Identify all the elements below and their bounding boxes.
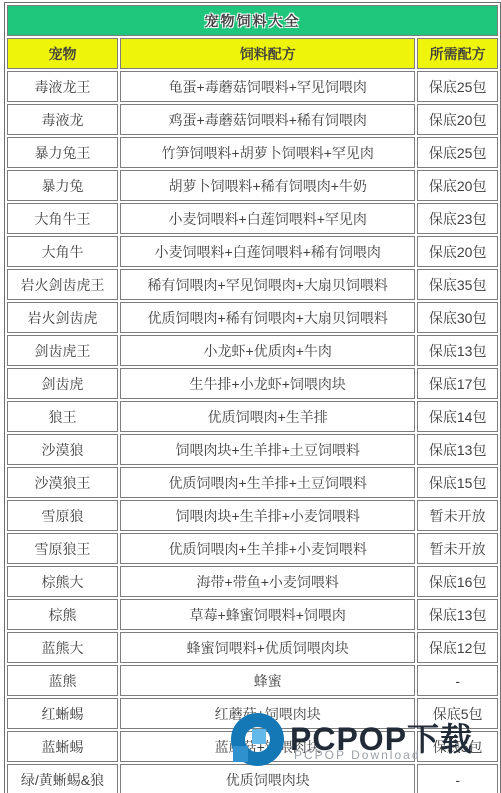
pet-name-cell: 沙漠狼 <box>7 434 118 465</box>
requirement-cell: 保底13包 <box>417 335 498 366</box>
recipe-cell: 稀有饲喂肉+罕见饲喂肉+大扇贝饲喂料 <box>120 269 415 300</box>
table-row: 沙漠狼 饲喂肉块+生羊排+土豆饲喂料 保底13包 <box>7 434 498 465</box>
requirement-cell: 保底16包 <box>417 566 498 597</box>
recipe-cell: 生牛排+小龙虾+饲喂肉块 <box>120 368 415 399</box>
requirement-cell: 保底25包 <box>417 71 498 102</box>
pet-name-cell: 毒液龙王 <box>7 71 118 102</box>
recipe-cell: 蜂蜜 <box>120 665 415 696</box>
recipe-cell: 饲喂肉块+生羊排+小麦饲喂料 <box>120 500 415 531</box>
table-row: 蓝熊 蜂蜜 - <box>7 665 498 696</box>
pet-name-cell: 雪原狼王 <box>7 533 118 564</box>
pet-name-cell: 大角牛 <box>7 236 118 267</box>
requirement-cell: 保底20包 <box>417 104 498 135</box>
page: { "page": { "title": "宠物饲料大全" }, "table"… <box>0 0 501 793</box>
pet-name-cell: 棕熊 <box>7 599 118 630</box>
pet-name-cell: 剑齿虎王 <box>7 335 118 366</box>
recipe-cell: 竹笋饲喂料+胡萝卜饲喂料+罕见肉 <box>120 137 415 168</box>
recipe-cell: 蜂蜜饲喂料+优质饲喂肉块 <box>120 632 415 663</box>
column-header-need: 所需配方 <box>417 38 498 69</box>
recipe-cell: 优质饲喂肉+生羊排+小麦饲喂料 <box>120 533 415 564</box>
requirement-cell: 暂未开放 <box>417 533 498 564</box>
column-header-pet: 宠物 <box>7 38 118 69</box>
pet-name-cell: 狼王 <box>7 401 118 432</box>
table-row: 暴力兔 胡萝卜饲喂料+稀有饲喂肉+牛奶 保底20包 <box>7 170 498 201</box>
pet-name-cell: 棕熊大 <box>7 566 118 597</box>
requirement-cell: 保底25包 <box>417 137 498 168</box>
page-title: 宠物饲料大全 <box>7 5 498 36</box>
recipe-cell: 优质饲喂肉+生羊排+土豆饲喂料 <box>120 467 415 498</box>
table-row: 剑齿虎王 小龙虾+优质肉+牛肉 保底13包 <box>7 335 498 366</box>
table-row: 大角牛王 小麦饲喂料+白莲饲喂料+罕见肉 保底23包 <box>7 203 498 234</box>
table-row: 蓝熊大 蜂蜜饲喂料+优质饲喂肉块 保底12包 <box>7 632 498 663</box>
recipe-cell: 鸡蛋+毒蘑菇饲喂料+稀有饲喂肉 <box>120 104 415 135</box>
requirement-cell: 保底35包 <box>417 269 498 300</box>
table-row: 沙漠狼王 优质饲喂肉+生羊排+土豆饲喂料 保底15包 <box>7 467 498 498</box>
pet-name-cell: 大角牛王 <box>7 203 118 234</box>
table-row: 毒液龙 鸡蛋+毒蘑菇饲喂料+稀有饲喂肉 保底20包 <box>7 104 498 135</box>
table-row: 棕熊 草莓+蜂蜜饲喂料+饲喂肉 保底13包 <box>7 599 498 630</box>
recipe-cell: 龟蛋+毒蘑菇饲喂料+罕见饲喂肉 <box>120 71 415 102</box>
pet-name-cell: 暴力兔 <box>7 170 118 201</box>
pet-name-cell: 蓝熊大 <box>7 632 118 663</box>
requirement-cell: - <box>417 665 498 696</box>
requirement-cell: 保底17包 <box>417 368 498 399</box>
header-row: 宠物 饲料配方 所需配方 <box>7 38 498 69</box>
requirement-cell: 保底13包 <box>417 434 498 465</box>
pet-name-cell: 绿/黄蜥蜴&狼 <box>7 764 118 793</box>
pet-feed-table: 宠物饲料大全 宠物 饲料配方 所需配方 毒液龙王 龟蛋+毒蘑菇饲喂料+罕见饲喂肉… <box>4 2 501 793</box>
recipe-cell: 优质饲喂肉块 <box>120 764 415 793</box>
pet-name-cell: 暴力兔王 <box>7 137 118 168</box>
pet-name-cell: 毒液龙 <box>7 104 118 135</box>
requirement-cell: 暂未开放 <box>417 500 498 531</box>
table-row: 蓝蜥蜴 蓝蘑菇+饲喂肉块 保底5包 <box>7 731 498 762</box>
requirement-cell: 保底30包 <box>417 302 498 333</box>
recipe-cell: 红蘑菇+饲喂肉块 <box>120 698 415 729</box>
table-row: 红蜥蜴 红蘑菇+饲喂肉块 保底5包 <box>7 698 498 729</box>
table-row: 棕熊大 海带+带鱼+小麦饲喂料 保底16包 <box>7 566 498 597</box>
table-row: 雪原狼王 优质饲喂肉+生羊排+小麦饲喂料 暂未开放 <box>7 533 498 564</box>
recipe-cell: 饲喂肉块+生羊排+土豆饲喂料 <box>120 434 415 465</box>
pet-name-cell: 岩火剑齿虎 <box>7 302 118 333</box>
pet-name-cell: 剑齿虎 <box>7 368 118 399</box>
recipe-cell: 海带+带鱼+小麦饲喂料 <box>120 566 415 597</box>
table-row: 绿/黄蜥蜴&狼 优质饲喂肉块 - <box>7 764 498 793</box>
table-row: 岩火剑齿虎王 稀有饲喂肉+罕见饲喂肉+大扇贝饲喂料 保底35包 <box>7 269 498 300</box>
table-row: 岩火剑齿虎 优质饲喂肉+稀有饲喂肉+大扇贝饲喂料 保底30包 <box>7 302 498 333</box>
requirement-cell: 保底5包 <box>417 698 498 729</box>
requirement-cell: 保底20包 <box>417 170 498 201</box>
pet-name-cell: 沙漠狼王 <box>7 467 118 498</box>
pet-name-cell: 岩火剑齿虎王 <box>7 269 118 300</box>
requirement-cell: 保底23包 <box>417 203 498 234</box>
recipe-cell: 蓝蘑菇+饲喂肉块 <box>120 731 415 762</box>
pet-name-cell: 雪原狼 <box>7 500 118 531</box>
pet-name-cell: 蓝熊 <box>7 665 118 696</box>
table-row: 剑齿虎 生牛排+小龙虾+饲喂肉块 保底17包 <box>7 368 498 399</box>
pet-name-cell: 红蜥蜴 <box>7 698 118 729</box>
requirement-cell: 保底20包 <box>417 236 498 267</box>
requirement-cell: 保底15包 <box>417 467 498 498</box>
requirement-cell: - <box>417 764 498 793</box>
pet-name-cell: 蓝蜥蜴 <box>7 731 118 762</box>
column-header-recipe: 饲料配方 <box>120 38 415 69</box>
recipe-cell: 优质饲喂肉+稀有饲喂肉+大扇贝饲喂料 <box>120 302 415 333</box>
recipe-cell: 优质饲喂肉+生羊排 <box>120 401 415 432</box>
recipe-cell: 草莓+蜂蜜饲喂料+饲喂肉 <box>120 599 415 630</box>
table-row: 狼王 优质饲喂肉+生羊排 保底14包 <box>7 401 498 432</box>
requirement-cell: 保底5包 <box>417 731 498 762</box>
recipe-cell: 小龙虾+优质肉+牛肉 <box>120 335 415 366</box>
recipe-cell: 小麦饲喂料+白莲饲喂料+稀有饲喂肉 <box>120 236 415 267</box>
table-row: 雪原狼 饲喂肉块+生羊排+小麦饲喂料 暂未开放 <box>7 500 498 531</box>
requirement-cell: 保底12包 <box>417 632 498 663</box>
requirement-cell: 保底14包 <box>417 401 498 432</box>
table-row: 毒液龙王 龟蛋+毒蘑菇饲喂料+罕见饲喂肉 保底25包 <box>7 71 498 102</box>
table-body: 宠物饲料大全 宠物 饲料配方 所需配方 毒液龙王 龟蛋+毒蘑菇饲喂料+罕见饲喂肉… <box>7 5 498 793</box>
table-row: 暴力兔王 竹笋饲喂料+胡萝卜饲喂料+罕见肉 保底25包 <box>7 137 498 168</box>
table-row: 大角牛 小麦饲喂料+白莲饲喂料+稀有饲喂肉 保底20包 <box>7 236 498 267</box>
recipe-cell: 小麦饲喂料+白莲饲喂料+罕见肉 <box>120 203 415 234</box>
title-row: 宠物饲料大全 <box>7 5 498 36</box>
requirement-cell: 保底13包 <box>417 599 498 630</box>
recipe-cell: 胡萝卜饲喂料+稀有饲喂肉+牛奶 <box>120 170 415 201</box>
